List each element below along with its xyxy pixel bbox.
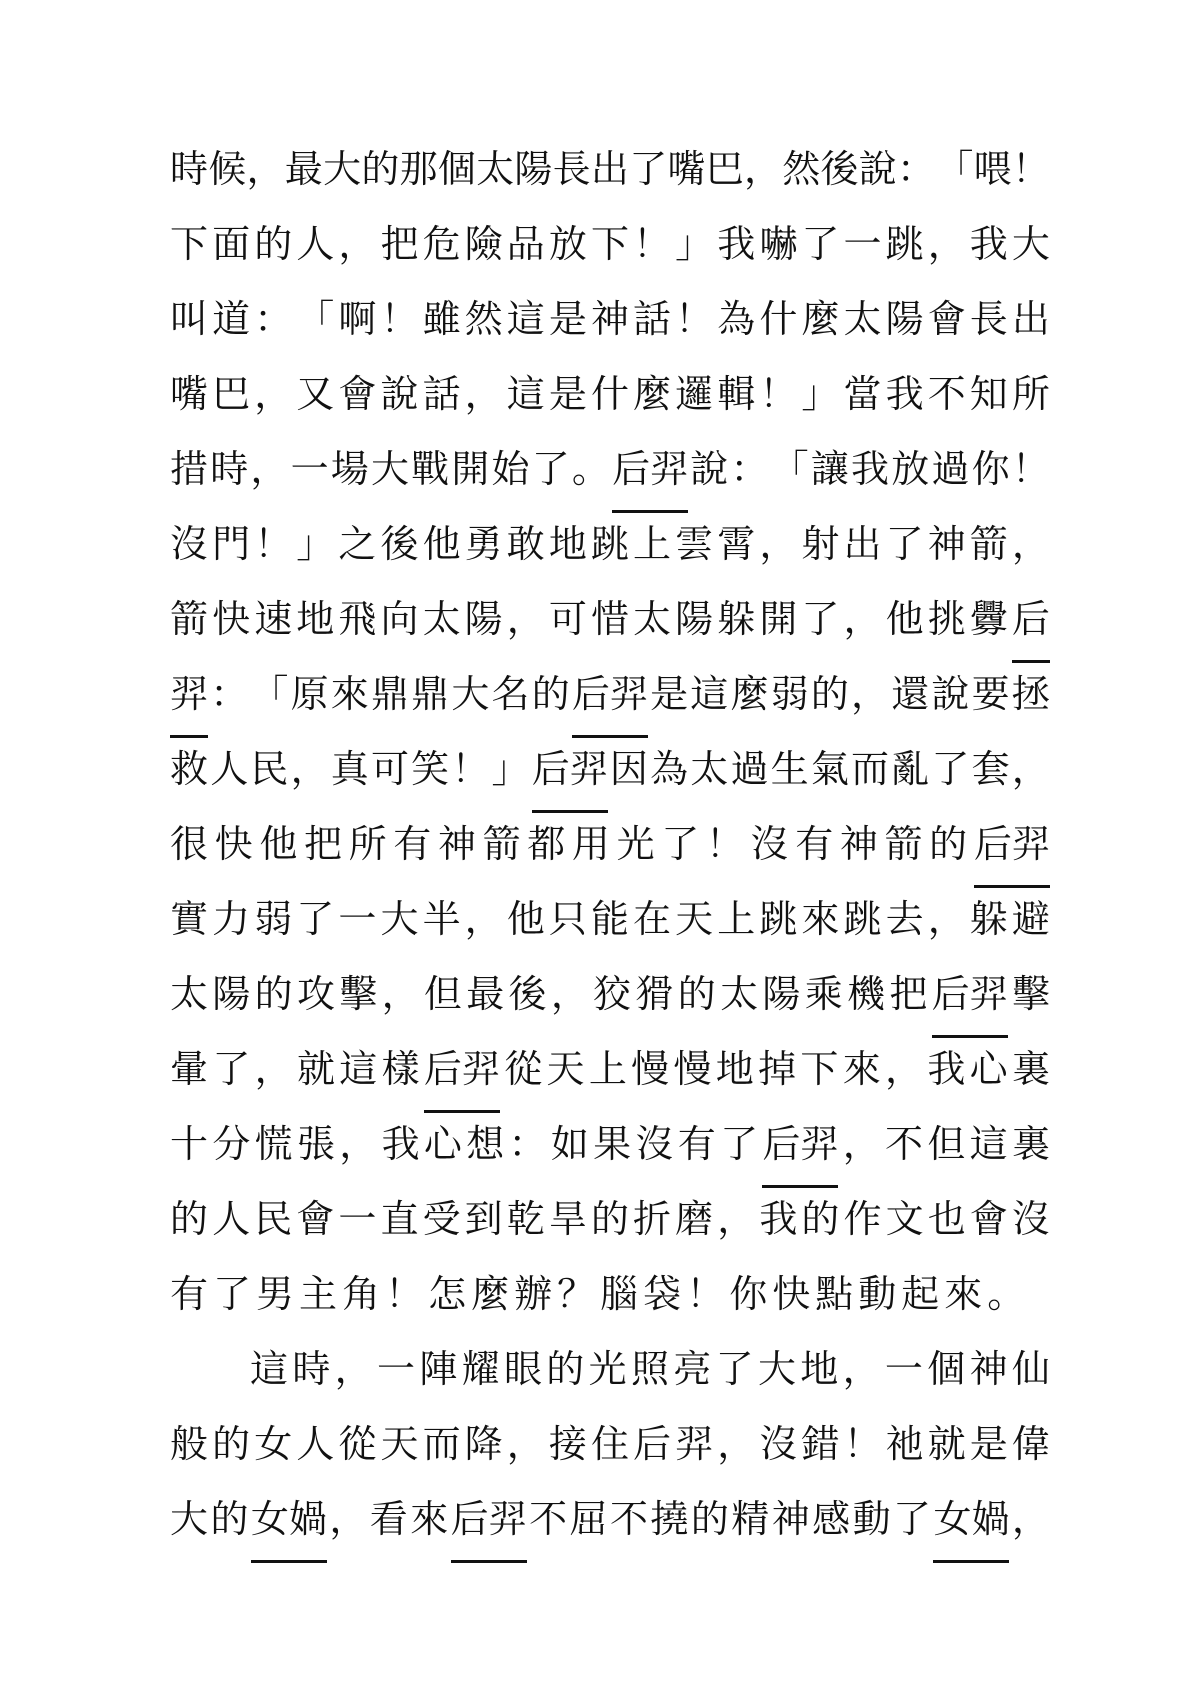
text-char: 能 [591, 883, 629, 958]
text-char: 天 [380, 1408, 418, 1483]
text-char: 會 [296, 1183, 334, 1258]
text-char: 箭 [970, 508, 1008, 583]
text-char: 氣 [811, 733, 849, 808]
text-char: 祂 [886, 1408, 924, 1483]
text-char: 上 [633, 508, 671, 583]
text-char: ： [509, 1108, 547, 1183]
text-line: 有了男主角！怎麼辦？腦袋！你快點動起來。 [170, 1258, 1050, 1333]
text-char: 輯 [717, 358, 755, 433]
text-char: 地 [549, 508, 587, 583]
text-char: 陽 [212, 958, 250, 1033]
text-char: 雖 [423, 283, 461, 358]
text-char: 道 [212, 283, 250, 358]
text-char: 一 [377, 1333, 415, 1408]
text-char: 時 [292, 1333, 330, 1408]
text-char: 折 [633, 1183, 671, 1258]
text-char: 人 [296, 1408, 334, 1483]
text-char: 敢 [507, 508, 545, 583]
text-char: 放 [549, 208, 587, 283]
text-char: 文 [886, 1183, 924, 1258]
text-char: 不 [885, 1108, 923, 1183]
underlined-term: 后羿 [974, 808, 1050, 888]
text-char: ， [465, 358, 503, 433]
text-char: 「 [296, 283, 334, 358]
text-char: 勇 [465, 508, 503, 583]
text-char: 太 [476, 133, 514, 208]
text-char: 了 [296, 883, 334, 958]
text-char: 出 [591, 133, 629, 208]
text-char: 長 [970, 283, 1008, 358]
text-line: 嘴巴，又會說話，這是什麼邏輯！」當我不知所 [170, 358, 1050, 433]
text-char: 了 [886, 508, 924, 583]
text-char: ， [843, 1108, 881, 1183]
text-char: 沒 [751, 808, 789, 883]
text-char: 飛 [338, 583, 376, 658]
text-char: 我 [717, 208, 755, 283]
text-char: 這 [250, 1333, 288, 1408]
text-char: 上 [589, 1033, 627, 1108]
text-char: 險 [465, 208, 503, 283]
text-char: 之 [338, 508, 376, 583]
text-char: 但 [927, 1108, 965, 1183]
text-char: 陽 [675, 583, 713, 658]
text-char: ， [250, 433, 288, 508]
underlined-term: 后羿 [451, 1483, 527, 1563]
text-char: 乾 [507, 1183, 545, 1258]
text-char: ， [254, 358, 292, 433]
text-char: 你 [729, 1258, 767, 1333]
underlined-term: 女媧 [933, 1483, 1009, 1563]
text-char: 神 [840, 808, 878, 883]
text-line: 叫道：「啊！雖然這是神話！為什麼太陽會長出 [170, 283, 1050, 358]
text-char: 「 [250, 658, 288, 733]
text-char: 作 [844, 1183, 882, 1258]
text-char: ！ [1012, 433, 1050, 508]
text-line: 措時，一場大戰開始了。后羿說：「讓我放過你！ [170, 433, 1050, 508]
text-char: 麼 [471, 1258, 509, 1333]
text-char: 人 [210, 733, 248, 808]
text-char: 時 [210, 433, 248, 508]
text-char: 羿 [675, 1408, 713, 1483]
text-char: 惜 [591, 583, 629, 658]
text-char: 只 [549, 883, 587, 958]
text-char: 大 [371, 433, 409, 508]
text-char: 沒 [170, 508, 208, 583]
text-char: 來 [410, 1483, 448, 1558]
text-char: 狡 [593, 958, 631, 1033]
text-char: ， [335, 1333, 373, 1408]
text-char: 這 [507, 358, 545, 433]
text-char: 霄 [717, 508, 755, 583]
text-char: ： [730, 433, 768, 508]
text-char: 了 [661, 808, 699, 883]
text-char: 把 [380, 208, 418, 283]
text-char: 猾 [635, 958, 673, 1033]
text-char: 心 [970, 1033, 1008, 1108]
text-char: 所 [1012, 358, 1050, 433]
text-block: 時候，最大的那個太陽長出了嘴巴，然後說：「喂！下面的人，把危險品放下！」我嚇了一… [170, 133, 1050, 1558]
text-char: 錯 [801, 1408, 839, 1483]
text-char: 有 [393, 808, 431, 883]
text-line: 很快他把所有神箭都用光了！沒有神箭的后羿 [170, 808, 1050, 883]
text-char: 慢 [631, 1033, 669, 1108]
text-line: 實力弱了一大半，他只能在天上跳來跳去，躲避 [170, 883, 1050, 958]
text-char: 陣 [419, 1333, 457, 1408]
text-char: 接 [549, 1408, 587, 1483]
text-char: 喂 [974, 133, 1012, 208]
text-char: 地 [716, 1033, 754, 1108]
underlined-term: 后羿 [612, 433, 688, 513]
text-char: 光 [589, 1333, 627, 1408]
text-char: 女 [254, 1408, 292, 1483]
text-char: 快 [212, 583, 250, 658]
text-char: 後 [380, 508, 418, 583]
text-char: 神 [928, 508, 966, 583]
text-char: 過 [931, 433, 969, 508]
text-char: 了 [213, 1258, 251, 1333]
text-char: 半 [423, 883, 461, 958]
underlined-term: 后羿 [572, 658, 648, 738]
text-char: 說 [859, 133, 897, 208]
underlined-term: 后 [1012, 583, 1050, 663]
text-char: ， [717, 1408, 755, 1483]
text-char: 最 [285, 133, 323, 208]
text-char: 又 [296, 358, 334, 433]
text-char: 般 [170, 1408, 208, 1483]
text-char: 會 [338, 358, 376, 433]
text-char: 不 [928, 358, 966, 433]
text-char: 民 [254, 1183, 292, 1258]
text-char: 沒 [635, 1108, 673, 1183]
text-char: 為 [717, 283, 755, 358]
text-char: 起 [901, 1258, 939, 1333]
text-line: 這時，一陣耀眼的光照亮了大地，一個神仙 [170, 1333, 1050, 1408]
text-char: 他 [507, 883, 545, 958]
text-char: ： [897, 133, 935, 208]
text-char: 陽 [886, 283, 924, 358]
text-char: 為 [650, 733, 688, 808]
text-line: 時候，最大的那個太陽長出了嘴巴，然後說：「喂！ [170, 133, 1050, 208]
text-char: 的 [929, 808, 967, 883]
text-char: 很 [170, 808, 208, 883]
text-char: 神 [438, 808, 476, 883]
text-char: 後 [821, 133, 859, 208]
text-char: 神 [591, 283, 629, 358]
text-line: 救人民，真可笑！」后羿因為太過生氣而亂了套， [170, 733, 1050, 808]
text-char: 地 [296, 583, 334, 658]
text-char: 想 [466, 1108, 504, 1183]
text-char: 張 [297, 1108, 335, 1183]
text-char: 也 [928, 1183, 966, 1258]
text-char: 挑 [928, 583, 966, 658]
text-line: 沒門！」之後他勇敢地跳上雲霄，射出了神箭， [170, 508, 1050, 583]
text-char: 從 [338, 1408, 376, 1483]
text-char: 屈 [570, 1483, 608, 1558]
text-char: 上 [717, 883, 755, 958]
text-char: 最 [466, 958, 504, 1033]
text-char: 避 [1012, 883, 1050, 958]
text-char: 」 [492, 733, 530, 808]
text-char: 動 [858, 1258, 896, 1333]
text-char: 而 [851, 733, 889, 808]
text-char: ， [507, 583, 545, 658]
text-char: 嘴 [667, 133, 705, 208]
text-line: 太陽的攻擊，但最後，狡猾的太陽乘機把后羿擊 [170, 958, 1050, 1033]
text-char: 出 [1012, 283, 1050, 358]
text-char: 而 [423, 1408, 461, 1483]
document-page: 時候，最大的那個太陽長出了嘴巴，然後說：「喂！下面的人，把危險品放下！」我嚇了一… [0, 0, 1202, 1700]
text-char: 裏 [1012, 1108, 1050, 1183]
text-char: 。 [987, 1258, 1025, 1333]
text-char: 把 [304, 808, 342, 883]
text-char: 說 [690, 433, 728, 508]
text-char: 跳 [759, 883, 797, 958]
text-char: 當 [844, 358, 882, 433]
text-char: 太 [633, 583, 671, 658]
text-char: 亂 [891, 733, 929, 808]
text-char: 時 [170, 133, 208, 208]
text-char: 太 [720, 958, 758, 1033]
text-line: 的人民會一直受到乾旱的折磨，我的作文也會沒 [170, 1183, 1050, 1258]
text-char: 的 [361, 133, 399, 208]
text-char: 擊 [1012, 958, 1050, 1033]
text-char: ， [928, 883, 966, 958]
text-char: 那 [400, 133, 438, 208]
text-char: 了 [801, 208, 839, 283]
underlined-term: 女媧 [251, 1483, 327, 1563]
text-char: ， [1012, 508, 1050, 583]
text-char: 樣 [382, 1033, 420, 1108]
text-char: 跳 [844, 883, 882, 958]
text-char: 人 [296, 208, 334, 283]
text-char: 巴 [212, 358, 250, 433]
text-char: 」 [296, 508, 334, 583]
text-char: 的 [691, 1483, 729, 1558]
text-char: 慢 [673, 1033, 711, 1108]
text-char: ， [759, 508, 797, 583]
text-char: 他 [423, 508, 461, 583]
text-char: 陽 [514, 133, 552, 208]
text-char: 的 [170, 1183, 208, 1258]
text-char: 麼 [633, 358, 671, 433]
text-char: 的 [801, 1183, 839, 1258]
text-char: 天 [675, 883, 713, 958]
text-char: 太 [423, 583, 461, 658]
text-char: 在 [633, 883, 671, 958]
text-char: 笑 [411, 733, 449, 808]
text-char: 陽 [465, 583, 503, 658]
text-char: 有 [170, 1258, 208, 1333]
text-char: ， [717, 1183, 755, 1258]
text-char: 麼 [730, 658, 768, 733]
text-char: ！ [686, 1258, 724, 1333]
text-char: 可 [371, 733, 409, 808]
text-char: 來 [331, 658, 369, 733]
text-char: 的 [212, 1408, 250, 1483]
text-char: 開 [451, 433, 489, 508]
text-char: 耀 [462, 1333, 500, 1408]
text-char: ： [210, 658, 248, 733]
text-char: 品 [507, 208, 545, 283]
text-char: 了 [801, 583, 839, 658]
text-char: 腦 [600, 1258, 638, 1333]
text-char: ！ [633, 208, 671, 283]
text-char: 嘴 [170, 358, 208, 433]
text-char: 人 [212, 1183, 250, 1258]
text-char: 的 [532, 658, 570, 733]
text-char: 實 [170, 883, 208, 958]
text-char: 個 [927, 1333, 965, 1408]
text-char: 我 [382, 1108, 420, 1183]
text-char: 神 [970, 1333, 1008, 1408]
text-char: 箭 [170, 583, 208, 658]
text-char: 袋 [643, 1258, 681, 1333]
text-char: 太 [170, 958, 208, 1033]
text-char: ： [254, 283, 292, 358]
text-char: 原 [291, 658, 329, 733]
text-char: ， [928, 208, 966, 283]
text-char: 個 [438, 133, 476, 208]
text-char: ， [851, 658, 889, 733]
text-char: 大 [1012, 208, 1050, 283]
text-char: 下 [800, 1033, 838, 1108]
text-char: 是 [549, 283, 587, 358]
text-char: 太 [690, 733, 728, 808]
text-char: ， [843, 1333, 881, 1408]
text-char: 是 [970, 1408, 1008, 1483]
text-char: 來 [843, 1033, 881, 1108]
text-char: 這 [690, 658, 728, 733]
text-char: 亮 [673, 1333, 711, 1408]
text-line: 箭快速地飛向太陽，可惜太陽躲開了，他挑釁后 [170, 583, 1050, 658]
text-char: ！ [385, 1258, 423, 1333]
text-char: 了 [893, 1483, 931, 1558]
text-char: 雲 [675, 508, 713, 583]
text-char: 了 [720, 1108, 758, 1183]
text-char: 叫 [170, 283, 208, 358]
text-char: 鼎 [411, 658, 449, 733]
text-char: 話 [633, 283, 671, 358]
text-char: 大 [380, 883, 418, 958]
text-char: ！ [759, 358, 797, 433]
text-char: 會 [928, 283, 966, 358]
text-char: 民 [250, 733, 288, 808]
text-char: 辦 [514, 1258, 552, 1333]
text-char: 的 [210, 1483, 248, 1558]
text-char: ， [744, 133, 782, 208]
text-char: 的 [255, 958, 293, 1033]
text-char: 從 [504, 1033, 542, 1108]
text-char: 邏 [675, 358, 713, 433]
text-char: 擊 [339, 958, 377, 1033]
underlined-term: 后羿 [932, 958, 1008, 1038]
text-char: 「 [771, 433, 809, 508]
text-char: 跳 [591, 508, 629, 583]
text-char: 出 [844, 508, 882, 583]
text-char: 直 [380, 1183, 418, 1258]
text-char: ， [1012, 733, 1050, 808]
text-char: 去 [886, 883, 924, 958]
text-char: 弱 [771, 658, 809, 733]
text-char: 場 [331, 433, 369, 508]
text-char: ！ [1012, 133, 1050, 208]
text-char: 「 [935, 133, 973, 208]
text-char: 精 [731, 1483, 769, 1558]
text-char: 暈 [170, 1033, 208, 1108]
text-char: 大 [170, 1483, 208, 1558]
text-char: 點 [815, 1258, 853, 1333]
text-char: 掉 [758, 1033, 796, 1108]
text-char: 我 [759, 1183, 797, 1258]
underlined-term: 后羿 [424, 1033, 500, 1113]
text-char: 他 [259, 808, 297, 883]
text-char: 可 [549, 583, 587, 658]
text-char: 到 [465, 1183, 503, 1258]
text-char: 什 [591, 358, 629, 433]
text-char: 生 [771, 733, 809, 808]
text-char: 大 [323, 133, 361, 208]
text-char: 十 [170, 1108, 208, 1183]
text-char: 」 [675, 208, 713, 283]
text-char: 力 [212, 883, 250, 958]
text-char: 的 [546, 1333, 584, 1408]
text-char: 還 [891, 658, 929, 733]
text-char: ， [291, 733, 329, 808]
text-char: 然 [465, 283, 503, 358]
text-char: 我 [970, 208, 1008, 283]
text-char: 慌 [255, 1108, 293, 1183]
text-char: 門 [212, 508, 250, 583]
text-char: 什 [759, 283, 797, 358]
text-char: 神 [772, 1483, 810, 1558]
text-char: 仙 [1012, 1333, 1050, 1408]
text-char: 地 [800, 1333, 838, 1408]
text-char: 下 [591, 208, 629, 283]
text-char: 快 [772, 1258, 810, 1333]
text-char: 心 [424, 1108, 462, 1183]
text-char: 光 [617, 808, 655, 883]
text-char: ， [338, 208, 376, 283]
text-char: 弱 [254, 883, 292, 958]
text-char: 說 [931, 658, 969, 733]
text-char: 攻 [297, 958, 335, 1033]
text-char: ， [382, 958, 420, 1033]
text-char: 躲 [970, 883, 1008, 958]
text-char: ， [507, 1408, 545, 1483]
text-char: ， [329, 1483, 367, 1558]
text-char: 始 [492, 433, 530, 508]
text-char: 危 [423, 208, 461, 283]
text-char: 一 [338, 883, 376, 958]
text-char: 的 [811, 658, 849, 733]
text-char: ！ [675, 283, 713, 358]
text-char: 開 [759, 583, 797, 658]
text-char: 跳 [886, 208, 924, 283]
text-char: 躲 [717, 583, 755, 658]
text-char: 來 [944, 1258, 982, 1333]
text-char: 太 [844, 283, 882, 358]
text-char: 但 [424, 958, 462, 1033]
text-char: 」 [801, 358, 839, 433]
text-char: 角 [342, 1258, 380, 1333]
text-char: 麼 [801, 283, 839, 358]
text-char: 讓 [811, 433, 849, 508]
text-char: ！ [380, 283, 418, 358]
text-char: 照 [631, 1333, 669, 1408]
text-char: 來 [801, 883, 839, 958]
text-char: 一 [844, 208, 882, 283]
text-char: 分 [212, 1108, 250, 1183]
